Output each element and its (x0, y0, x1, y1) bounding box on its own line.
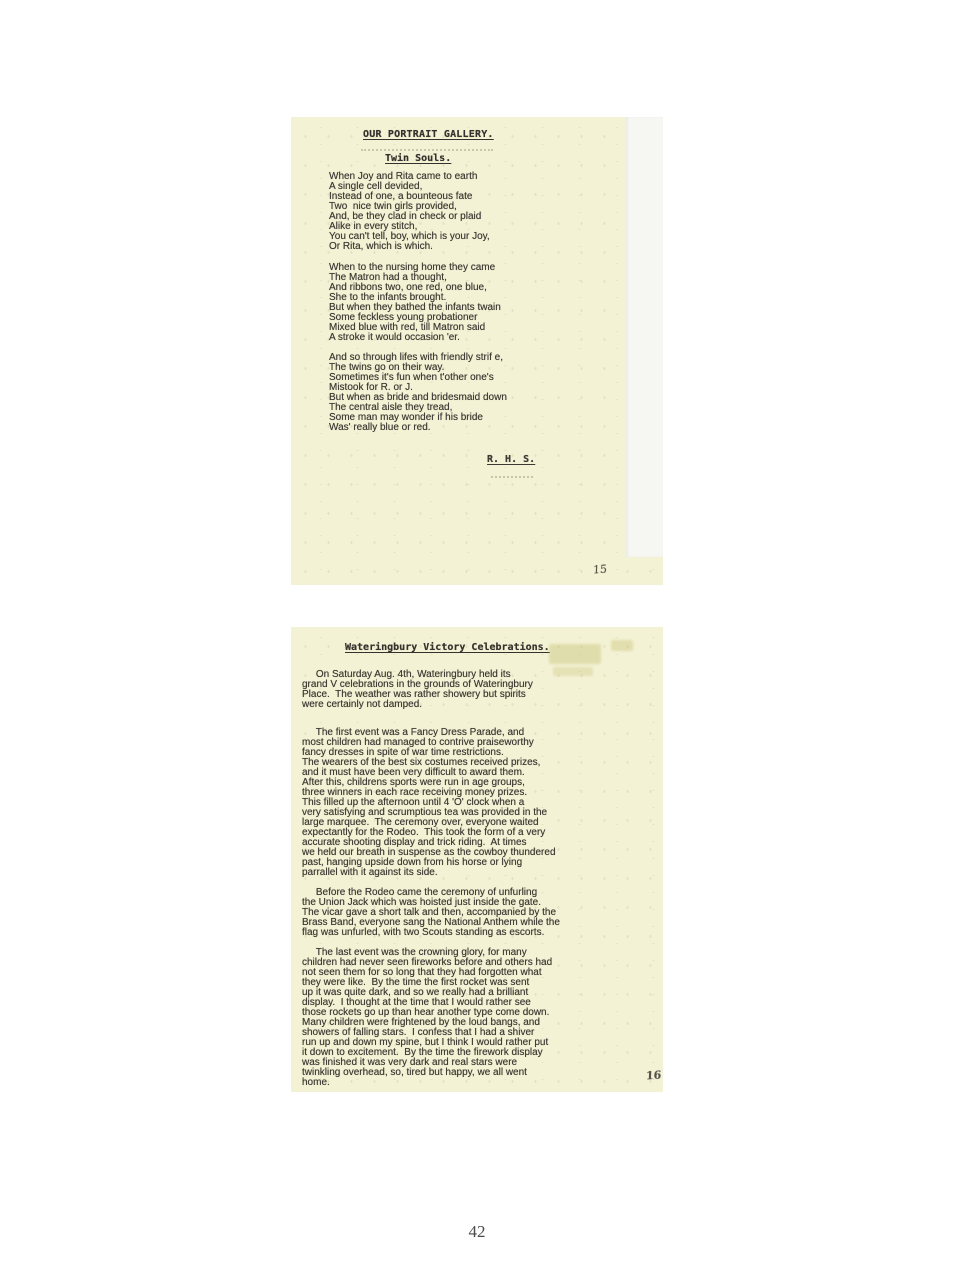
erased-text-smudge (491, 473, 533, 478)
ink-smudge (553, 667, 593, 676)
poem-title: Twin Souls. (385, 154, 451, 164)
scanner-edge-strip (626, 117, 663, 557)
article-paragraph-2: The first event was a Fancy Dress Parade… (302, 728, 556, 878)
handwritten-page-number: 15 (593, 562, 607, 576)
page-number: 42 (0, 1222, 954, 1242)
ink-smudge (549, 644, 601, 664)
ink-smudge (611, 640, 633, 651)
poem-stanza-1: When Joy and Rita came to earth A single… (329, 172, 490, 252)
scanned-page-victory-celebrations: Wateringbury Victory Celebrations. On Sa… (291, 627, 663, 1092)
author-initials: R. H. S. (487, 455, 535, 465)
poem-stanza-2: When to the nursing home they came The M… (329, 263, 501, 343)
article-heading: Wateringbury Victory Celebrations. (345, 643, 550, 653)
erased-text-smudge (361, 146, 493, 151)
gallery-heading: OUR PORTRAIT GALLERY. (363, 130, 494, 140)
article-paragraph-4: The last event was the crowning glory, f… (302, 948, 552, 1088)
handwritten-page-number: 16 (646, 1068, 662, 1082)
article-paragraph-3: Before the Rodeo came the ceremony of un… (302, 888, 560, 938)
scanned-page-twin-souls: OUR PORTRAIT GALLERY. Twin Souls. When J… (291, 117, 663, 585)
article-paragraph-1: On Saturday Aug. 4th, Wateringbury held … (302, 670, 533, 710)
poem-stanza-3: And so through lifes with friendly strif… (329, 353, 507, 433)
